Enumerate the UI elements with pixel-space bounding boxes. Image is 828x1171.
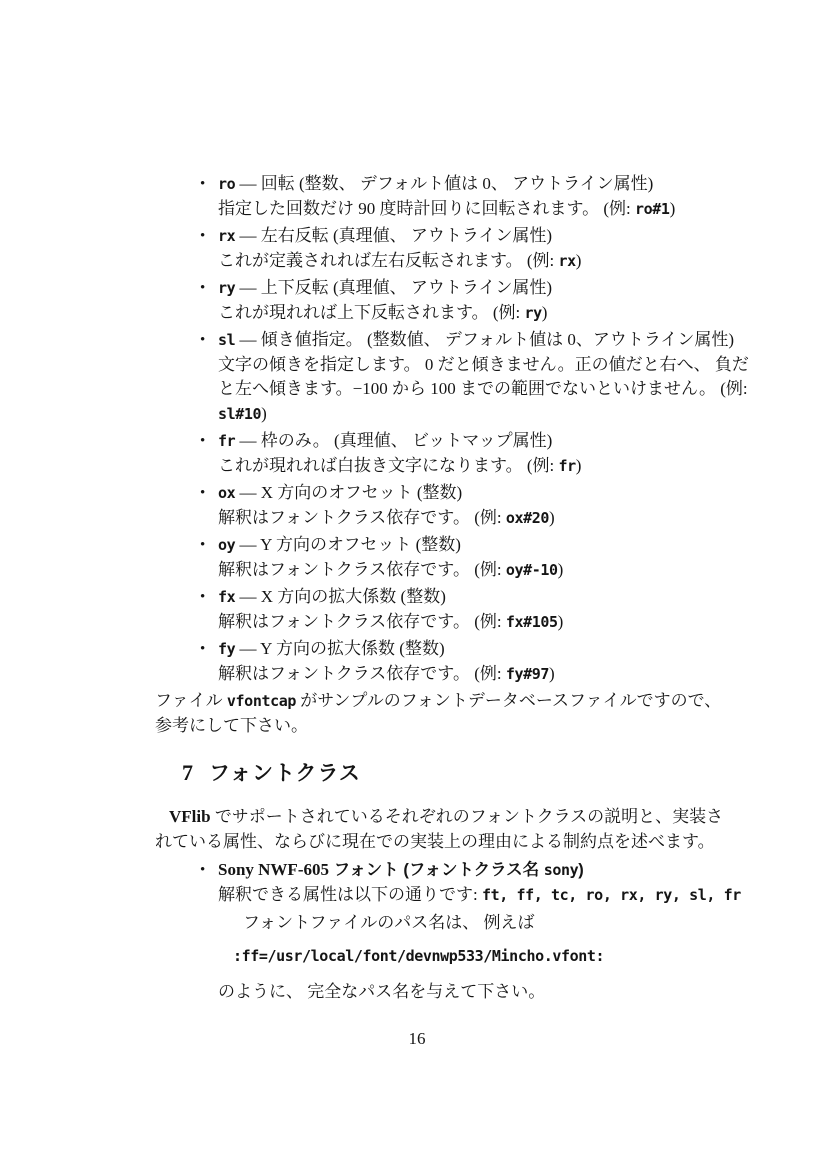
attribute-list-item: •fx — X 方向の拡大係数 (整数)解釈はフォントクラス依存です。 (例: … [155, 585, 679, 634]
text-segment: — 傾き値指定。 (整数値、 デフォルト値は 0、アウトライン属性) [235, 330, 734, 349]
bullet-icon: • [200, 858, 205, 883]
text-segment: ry [525, 304, 542, 322]
text-segment: れている属性、ならびに現在での実装上の理由による制約点を述べます。 [155, 832, 715, 851]
text-segment: ) [558, 560, 564, 579]
attribute-list-item: •sl — 傾き値指定。 (整数値、 デフォルト値は 0、アウトライン属性)文字… [155, 328, 679, 426]
text-segment: sl [218, 331, 235, 349]
text-segment: ro [218, 175, 235, 193]
attribute-bullet-list: •ro — 回転 (整数、 デフォルト値は 0、 アウトライン属性)指定した回数… [155, 172, 679, 686]
text-line: fy — Y 方向の拡大係数 (整数) [218, 637, 679, 662]
text-segment: これが定義されれば左右反転されます。 (例: [218, 251, 559, 270]
text-segment: ) [558, 612, 564, 631]
text-segment: — 左右反転 (真理値、 アウトライン属性) [235, 226, 552, 245]
text-segment: rx [218, 227, 235, 245]
text-segment: 指定した回数だけ 90 度時計回りに回転されます。 (例: [218, 199, 635, 218]
bullet-icon: • [200, 276, 205, 301]
text-line: Sony NWF-605 フォント (フォントクラス名 sony) [218, 858, 679, 883]
text-segment: 解釈はフォントクラス依存です。 (例: [218, 664, 506, 683]
section-number: 7 [182, 760, 193, 785]
text-segment: ) [549, 664, 555, 683]
text-segment: VFlib [169, 807, 211, 826]
text-line: 解釈はフォントクラス依存です。 (例: fx#105) [218, 610, 679, 635]
text-line: これが現れれば白抜き文字になります。 (例: fr) [218, 454, 679, 479]
text-segment: oy [218, 536, 235, 554]
text-segment: がサンプルのフォントデータベースファイルですので、 [296, 691, 721, 710]
attribute-list-item: •ox — X 方向のオフセット (整数)解釈はフォントクラス依存です。 (例:… [155, 481, 679, 530]
path-note-paragraph: のように、 完全なパス名を与えて下さい。 [218, 980, 679, 1005]
text-segment: ファイル [155, 691, 227, 710]
text-segment: fr [559, 457, 576, 475]
bullet-icon: • [200, 429, 205, 454]
text-segment: ry [218, 279, 235, 297]
attribute-list-item: •oy — Y 方向のオフセット (整数)解釈はフォントクラス依存です。 (例:… [155, 533, 679, 582]
bullet-icon: • [200, 224, 205, 249]
text-line: oy — Y 方向のオフセット (整数) [218, 533, 679, 558]
text-segment: フォントファイルのパス名は、 例えば [243, 913, 535, 932]
section-heading: 7フォントクラス [182, 758, 679, 788]
bullet-icon: • [200, 585, 205, 610]
fontclass-bullet-item: • Sony NWF-605 フォント (フォントクラス名 sony)解釈できる… [155, 858, 679, 1005]
text-segment: fr [218, 432, 235, 450]
text-line: rx — 左右反転 (真理値、 アウトライン属性) [218, 224, 679, 249]
text-line: fx — X 方向の拡大係数 (整数) [218, 585, 679, 610]
text-line: ファイル vfontcap がサンプルのフォントデータベースファイルですので、 [155, 689, 679, 714]
text-line: れている属性、ならびに現在での実装上の理由による制約点を述べます。 [155, 830, 679, 855]
text-segment: vfontcap [227, 692, 296, 710]
text-segment: — Y 方向の拡大係数 (整数) [235, 639, 444, 658]
text-line: fr — 枠のみ。 (真理値、 ビットマップ属性) [218, 429, 679, 454]
text-segment: fx [218, 588, 235, 606]
text-segment: — X 方向のオフセット (整数) [235, 483, 462, 502]
text-segment: ) [578, 861, 584, 879]
text-segment: rx [559, 252, 576, 270]
bullet-icon: • [200, 533, 205, 558]
text-segment: ro#1 [635, 200, 670, 218]
text-segment: 解釈はフォントクラス依存です。 (例: [218, 612, 506, 631]
text-line: と左へ傾きます。−100 から 100 までの範囲でないといけません。 (例: [218, 377, 679, 402]
text-segment: ox#20 [506, 509, 549, 527]
text-segment: sl#10 [218, 405, 261, 423]
text-segment: fx#105 [506, 613, 558, 631]
text-line: これが定義されれば左右反転されます。 (例: rx) [218, 249, 679, 274]
text-segment: ) [261, 404, 267, 423]
text-line: 参考にして下さい。 [155, 714, 679, 739]
text-segment: これが現れれば白抜き文字になります。 (例: [218, 456, 559, 475]
text-segment: でサポートされているそれぞれのフォントクラスの説明と、実装さ [211, 807, 724, 826]
text-line: フォントファイルのパス名は、 例えば [218, 911, 679, 936]
text-segment: sony [544, 861, 579, 879]
page-number: 16 [155, 1027, 679, 1052]
text-line: 解釈はフォントクラス依存です。 (例: ox#20) [218, 506, 679, 531]
text-segment: ) [542, 303, 548, 322]
bullet-icon: • [200, 481, 205, 506]
text-line: 文字の傾きを指定します。 0 だと傾きません。正の値だと右へ、 負だ [218, 353, 679, 378]
vfontcap-paragraph: ファイル vfontcap がサンプルのフォントデータベースファイルですので、参… [155, 689, 679, 738]
text-segment: 文字の傾きを指定します。 0 だと傾きません。正の値だと右へ、 負だ [218, 355, 749, 374]
text-segment: 解釈はフォントクラス依存です。 (例: [218, 508, 506, 527]
text-segment: ft, ff, tc, ro, rx, ry, sl, fr [482, 886, 741, 904]
document-page: •ro — 回転 (整数、 デフォルト値は 0、 アウトライン属性)指定した回数… [0, 0, 828, 1171]
text-segment: ) [670, 199, 676, 218]
text-line: ox — X 方向のオフセット (整数) [218, 481, 679, 506]
text-segment: fy#97 [506, 665, 549, 683]
text-segment: — Y 方向のオフセット (整数) [235, 535, 461, 554]
attribute-list-item: •fr — 枠のみ。 (真理値、 ビットマップ属性)これが現れれば白抜き文字にな… [155, 429, 679, 478]
attribute-list-item: •rx — 左右反転 (真理値、 アウトライン属性)これが定義されれば左右反転さ… [155, 224, 679, 273]
text-line: 指定した回数だけ 90 度時計回りに回転されます。 (例: ro#1) [218, 197, 679, 222]
text-segment: ox [218, 484, 235, 502]
text-segment: 解釈はフォントクラス依存です。 (例: [218, 560, 506, 579]
text-segment: — 回転 (整数、 デフォルト値は 0、 アウトライン属性) [235, 174, 653, 193]
text-segment: これが現れれば上下反転されます。 (例: [218, 303, 525, 322]
text-segment: のように、 完全なパス名を与えて下さい。 [218, 982, 545, 1001]
bullet-icon: • [200, 172, 205, 197]
section-title: フォントクラス [209, 762, 361, 785]
text-segment: — 枠のみ。 (真理値、 ビットマップ属性) [235, 431, 552, 450]
text-segment: oy#-10 [506, 561, 558, 579]
font-path-code-line: :ff=/usr/local/font/devnwp533/Mincho.vfo… [233, 944, 679, 969]
text-segment: — 上下反転 (真理値、 アウトライン属性) [235, 278, 552, 297]
text-segment: ) [549, 508, 555, 527]
text-segment: — X 方向の拡大係数 (整数) [235, 587, 446, 606]
section-intro-paragraph: VFlib でサポートされているそれぞれのフォントクラスの説明と、実装されている… [155, 805, 679, 854]
text-line: 解釈はフォントクラス依存です。 (例: oy#-10) [218, 558, 679, 583]
bullet-icon: • [200, 637, 205, 662]
fontclass-item-lines: Sony NWF-605 フォント (フォントクラス名 sony)解釈できる属性… [218, 858, 679, 907]
attribute-list-item: •fy — Y 方向の拡大係数 (整数)解釈はフォントクラス依存です。 (例: … [155, 637, 679, 686]
text-line: sl#10) [218, 402, 679, 427]
bullet-icon: • [200, 328, 205, 353]
text-segment: 参考にして下さい。 [155, 716, 308, 735]
text-line: 解釈できる属性は以下の通りです: ft, ff, tc, ro, rx, ry,… [218, 883, 679, 908]
text-segment: fy [218, 640, 235, 658]
text-segment: ) [576, 456, 582, 475]
font-path-paragraph: フォントファイルのパス名は、 例えば [218, 911, 679, 936]
text-line: 解釈はフォントクラス依存です。 (例: fy#97) [218, 662, 679, 687]
page-content: •ro — 回転 (整数、 デフォルト値は 0、 アウトライン属性)指定した回数… [155, 172, 679, 1051]
text-segment: と左へ傾きます。−100 から 100 までの範囲でないといけません。 (例: [218, 379, 748, 398]
attribute-list-item: •ry — 上下反転 (真理値、 アウトライン属性)これが現れれば上下反転されま… [155, 276, 679, 325]
text-line: VFlib でサポートされているそれぞれのフォントクラスの説明と、実装さ [155, 805, 679, 830]
text-line: ro — 回転 (整数、 デフォルト値は 0、 アウトライン属性) [218, 172, 679, 197]
text-segment: 解釈できる属性は以下の通りです: [218, 885, 482, 904]
text-line: ry — 上下反転 (真理値、 アウトライン属性) [218, 276, 679, 301]
text-line: これが現れれば上下反転されます。 (例: ry) [218, 301, 679, 326]
attribute-list-item: •ro — 回転 (整数、 デフォルト値は 0、 アウトライン属性)指定した回数… [155, 172, 679, 221]
text-line: sl — 傾き値指定。 (整数値、 デフォルト値は 0、アウトライン属性) [218, 328, 679, 353]
text-line: のように、 完全なパス名を与えて下さい。 [218, 980, 679, 1005]
text-segment: フォント (フォントクラス名 [329, 861, 544, 879]
text-segment: Sony NWF-605 [218, 860, 329, 879]
text-segment: ) [576, 251, 582, 270]
